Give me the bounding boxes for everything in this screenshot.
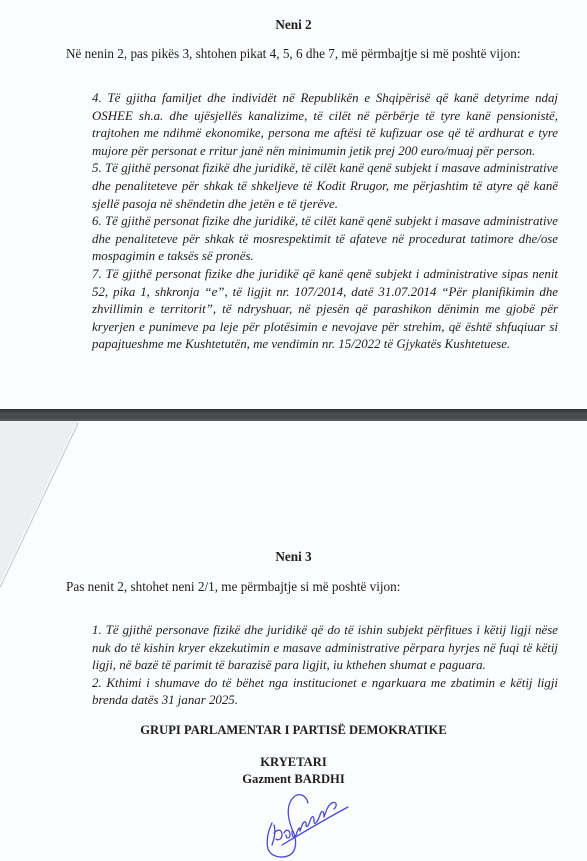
item-line: 4. Të gjitha familjet dhe individët në R… [92,90,558,108]
signatory-title: KRYETARI [0,755,587,770]
item-line: kryerjen e punimeve pa leje për plotësim… [92,319,558,337]
item-line: dhe penaliteteve për shkak të mosrespekt… [92,231,558,249]
list-item: 5. Të gjithë personat fizikë dhe juridik… [92,160,558,213]
item-line: dhe penaliteteve për shkak të shkeljeve … [92,178,558,196]
item-line: papajtueshme me Kushtetutën, me vendimin… [92,336,558,354]
signatory-name: Gazment BARDHI [0,772,587,787]
article-intro: Në nenin 2, pas pikës 3, shtohen pikat 4… [66,46,521,62]
item-line: 7. Të gjithë personat fizike dhe juridik… [92,266,558,284]
document-page-2: Neni 3 Pas nenit 2, shtohet neni 2/1, me… [0,421,587,861]
article-heading-neni-2: Neni 2 [0,17,587,33]
page-separator [0,409,587,421]
item-line: zhvillimin e territorit”, të ndryshuar, … [92,301,558,319]
item-line: 2. Kthimi i shumave do të bëhet nga inst… [92,675,558,693]
parliamentary-group-name: GRUPI PARLAMENTAR I PARTISË DEMOKRATIKE [0,723,587,738]
item-line: trajtohen me ndihmë ekonomike, persona m… [92,125,558,143]
item-line: brenda datës 31 janar 2025. [92,692,558,710]
list-item: 6. Të gjithë personat fizike dhe juridik… [92,213,558,266]
list-item: 7. Të gjithë personat fizike dhe juridik… [92,266,558,354]
item-line: 1. Të gjithë personave fizikë dhe juridi… [92,622,558,640]
handwritten-signature-icon [262,789,352,861]
item-line: OSHEE sh.a. dhe ujësjellës kanalizime, t… [92,108,558,126]
item-line: 5. Të gjithë personat fizikë dhe juridik… [92,160,558,178]
article-intro: Pas nenit 2, shtohet neni 2/1, me përmba… [66,579,400,595]
item-line: mujore për personat e rritur janë nën mi… [92,143,558,161]
list-item: 1. Të gjithë personave fizikë dhe juridi… [92,622,558,675]
document-page-1: Neni 2 Në nenin 2, pas pikës 3, shtohen … [0,0,587,409]
item-line: mospagimin e taksës së pronës. [92,248,558,266]
article-items-list: 1. Të gjithë personave fizikë dhe juridi… [92,622,558,710]
article-items-list: 4. Të gjitha familjet dhe individët në R… [92,90,558,354]
item-line: 6. Të gjithë personat fizike dhe juridik… [92,213,558,231]
list-item: 2. Kthimi i shumave do të bëhet nga inst… [92,675,558,710]
list-item: 4. Të gjitha familjet dhe individët në R… [92,90,558,160]
item-line: 52, pika 1, shkronja “e”, të ligjit nr. … [92,284,558,302]
article-heading-neni-3: Neni 3 [0,549,587,565]
item-line: sjellë pasoja në shëndetin dhe jetën e t… [92,196,558,214]
item-line: nuk do të kishin kryer ekzekutimin e mas… [92,640,558,658]
item-line: ligji, në bazë të parimit të barazisë pa… [92,657,558,675]
